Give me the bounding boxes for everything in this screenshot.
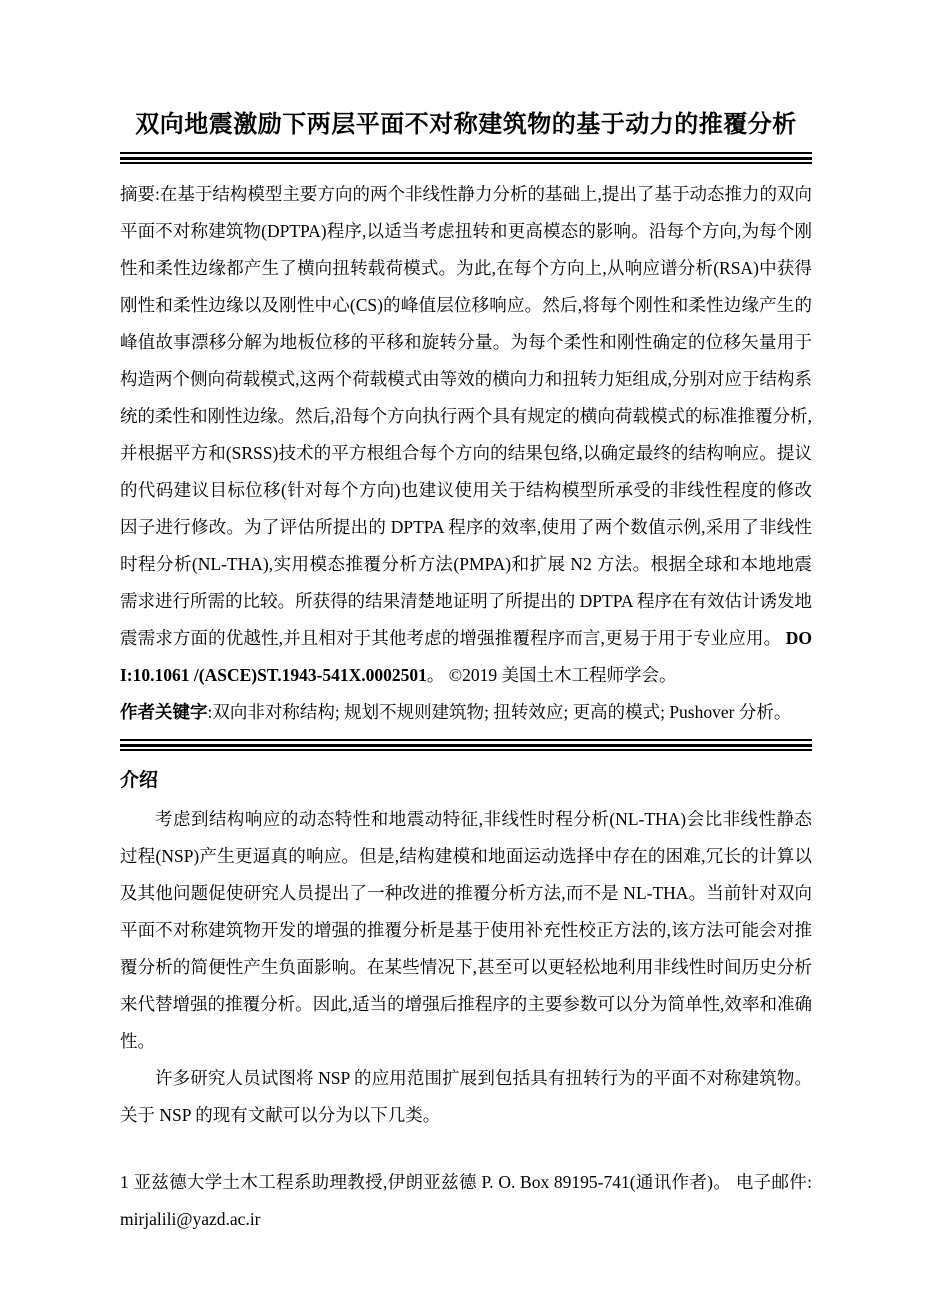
footnote-paragraph: 1 亚兹德大学土木工程系助理教授,伊朗亚兹德 P. O. Box 89195-7… [120,1164,812,1238]
introduction-section: 介绍 考虑到结构响应的动态特性和地震动特征,非线性时程分析(NL-THA)会比非… [120,767,812,1134]
abstract-section: 摘要:在基于结构模型主要方向的两个非线性静力分析的基础上,提出了基于动态推力的双… [120,176,812,731]
footnote-text: 1 亚兹德大学土木工程系助理教授,伊朗亚兹德 P. O. Box 89195-7… [120,1172,812,1192]
abstract-paragraph: 摘要:在基于结构模型主要方向的两个非线性静力分析的基础上,提出了基于动态推力的双… [120,176,812,694]
footnote-email: mirjalili@yazd.ac.ir [120,1209,261,1229]
doi-suffix: 。 [427,665,449,685]
title-divider-rule [120,152,812,164]
keywords-text: 双向非对称结构; 规划不规则建筑物; 扭转效应; 更高的模式; Pushover… [212,702,791,722]
introduction-heading: 介绍 [120,767,812,795]
keywords-paragraph: 作者关键字:双向非对称结构; 规划不规则建筑物; 扭转效应; 更高的模式; Pu… [120,694,812,731]
copyright-text: ©2019 美国土木工程师学会。 [449,665,677,685]
abstract-label: 摘要: [120,184,160,204]
keywords-label: 作者关键字 [120,702,208,722]
introduction-paragraph-1: 考虑到结构响应的动态特性和地震动特征,非线性时程分析(NL-THA)会比非线性静… [120,801,812,1060]
section-divider-rule [120,739,812,751]
page-title: 双向地震激励下两层平面不对称建筑物的基于动力的推覆分析 [120,108,812,142]
abstract-body-text: 在基于结构模型主要方向的两个非线性静力分析的基础上,提出了基于动态推力的双向平面… [120,184,812,648]
footnote: 1 亚兹德大学土木工程系助理教授,伊朗亚兹德 P. O. Box 89195-7… [120,1164,812,1238]
document-page: 双向地震激励下两层平面不对称建筑物的基于动力的推覆分析 摘要:在基于结构模型主要… [0,0,926,1309]
introduction-paragraph-2: 许多研究人员试图将 NSP 的应用范围扩展到包括具有扭转行为的平面不对称建筑物。… [120,1060,812,1134]
